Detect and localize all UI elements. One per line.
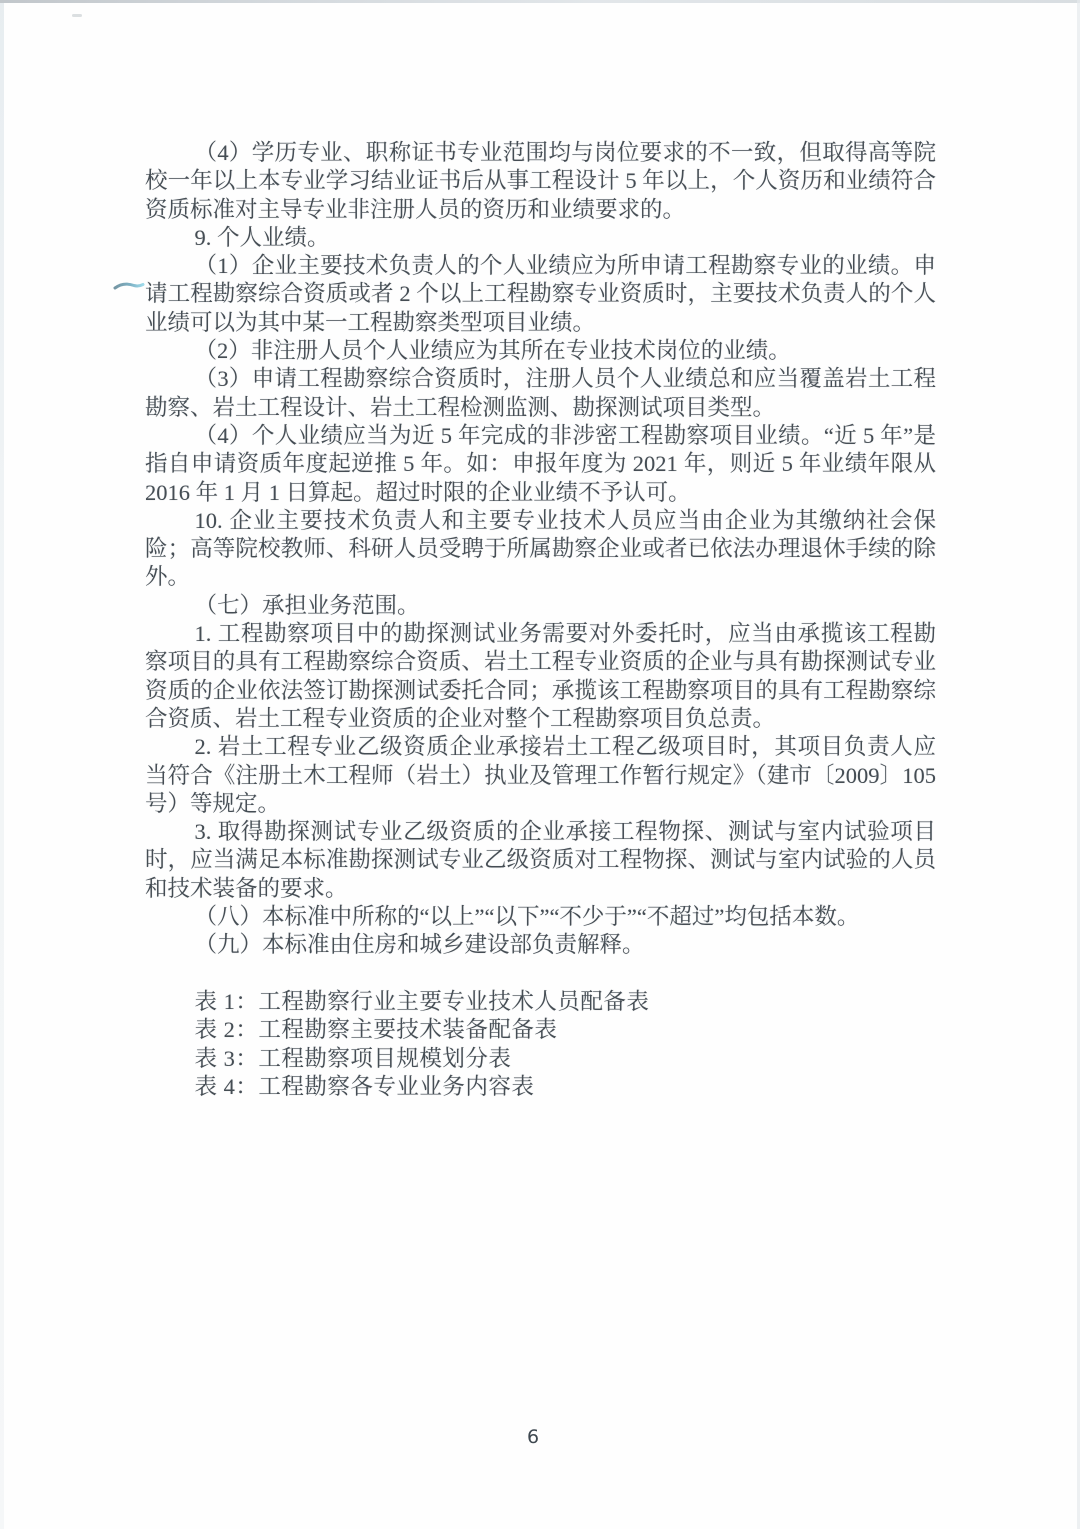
table-list-item: 表 3：工程勘察项目规模划分表	[145, 1045, 936, 1073]
page-number: 6	[0, 1426, 1066, 1448]
table-list-item: 表 4：工程勘察各专业业务内容表	[145, 1073, 936, 1101]
scan-edge-top	[0, 0, 1080, 3]
pen-mark-icon	[112, 277, 146, 295]
table-list-item: 表 2：工程勘察主要技术装备配备表	[145, 1016, 936, 1044]
document-page: （4）学历专业、职称证书专业范围均与岗位要求的不一致，但取得高等院校一年以上本专…	[0, 0, 1080, 1529]
table-list-item: 表 1：工程勘察行业主要专业技术人员配备表	[145, 988, 936, 1016]
paragraph: （七）承担业务范围。	[145, 592, 936, 620]
paragraph: （九）本标准由住房和城乡建设部负责解释。	[145, 931, 936, 959]
paragraph: 10. 企业主要技术负责人和主要专业技术人员应当由企业为其缴纳社会保险；高等院校…	[145, 507, 936, 592]
table-list: 表 1：工程勘察行业主要专业技术人员配备表 表 2：工程勘察主要技术装备配备表 …	[145, 988, 936, 1101]
paragraph: （3）申请工程勘察综合资质时，注册人员个人业绩总和应当覆盖岩土工程勘察、岩土工程…	[145, 365, 936, 422]
paragraph: （4）学历专业、职称证书专业范围均与岗位要求的不一致，但取得高等院校一年以上本专…	[145, 139, 936, 224]
document-body: （4）学历专业、职称证书专业范围均与岗位要求的不一致，但取得高等院校一年以上本专…	[145, 139, 936, 1101]
paragraph: 9. 个人业绩。	[145, 224, 936, 252]
paragraph: 1. 工程勘察项目中的勘探测试业务需要对外委托时，应当由承揽该工程勘察项目的具有…	[145, 620, 936, 733]
scan-speck	[72, 14, 82, 17]
paragraph: 3. 取得勘探测试专业乙级资质的企业承接工程物探、测试与室内试验项目时，应当满足…	[145, 818, 936, 903]
paragraph: （4）个人业绩应当为近 5 年完成的非涉密工程勘察项目业绩。“近 5 年”是指自…	[145, 422, 936, 507]
paragraph: 2. 岩土工程专业乙级资质企业承接岩土工程乙级项目时，其项目负责人应当符合《注册…	[145, 733, 936, 818]
scan-edge-left	[0, 3, 4, 1529]
paragraph: （1）企业主要技术负责人的个人业绩应为所申请工程勘察专业的业绩。申请工程勘察综合…	[145, 252, 936, 337]
paragraph: （八）本标准中所称的“以上”“以下”“不少于”“不超过”均包括本数。	[145, 903, 936, 931]
paragraph: （2）非注册人员个人业绩应为其所在专业技术岗位的业绩。	[145, 337, 936, 365]
